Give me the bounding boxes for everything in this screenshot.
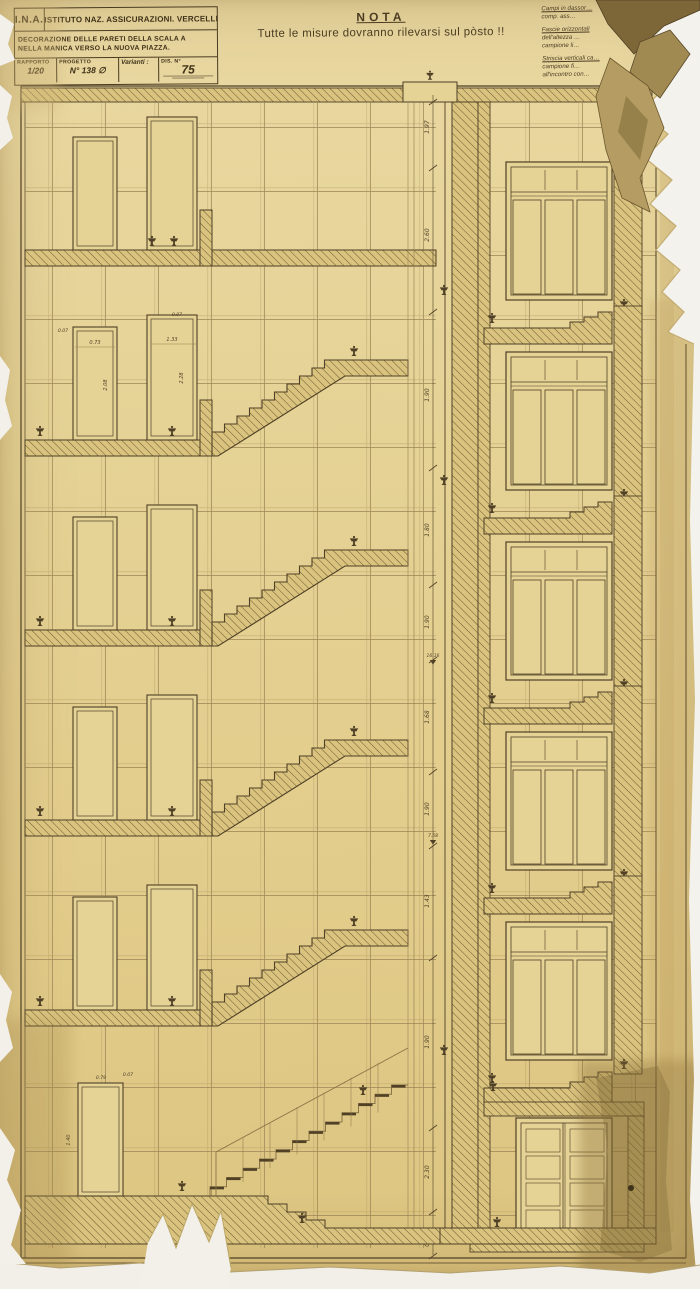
stair-tread <box>227 1178 241 1181</box>
stair-tread <box>276 1150 290 1153</box>
stair-tread <box>392 1085 406 1088</box>
sconce-lamp-icon <box>440 475 448 485</box>
floor-slab <box>25 630 212 646</box>
chain-dimension-label: 2.60 <box>424 228 431 242</box>
stairwell-wall-hatch <box>452 102 478 1232</box>
window-side-hatch <box>614 496 642 694</box>
door-top-hatch <box>484 1102 644 1116</box>
legend-line: dell'altezza … <box>542 34 580 42</box>
door-opening <box>73 517 117 630</box>
double-door <box>516 1118 612 1238</box>
sconce-lamp-icon <box>440 285 448 295</box>
stamp-line <box>172 77 204 78</box>
window-opening <box>506 922 612 1060</box>
window-opening <box>506 352 612 490</box>
window-opening <box>506 542 612 680</box>
stair-tread <box>342 1113 356 1116</box>
legend-line: Campi in dassor… <box>541 4 592 12</box>
legend-line: comp. ass… <box>541 13 576 21</box>
door-opening <box>73 897 117 1010</box>
door-opening <box>73 137 117 250</box>
window-side-hatch <box>614 116 642 314</box>
chain-dimension-label: 2.30 <box>424 1165 431 1179</box>
dimension-label: 2.08 <box>103 379 109 390</box>
variants-cell: Varianti : <box>119 58 159 82</box>
legend-line: Fascie orizzontali <box>542 26 590 34</box>
dimension-label: 2.28 <box>179 372 185 383</box>
floor-slab <box>25 1010 212 1026</box>
sconce-lamp-icon <box>426 71 434 80</box>
top-hatch-band <box>21 88 652 102</box>
ground-slab <box>440 1228 656 1244</box>
chain-dimension-label: 1.90 <box>424 802 431 816</box>
chain-dimension-label: 1.90 <box>424 1035 431 1049</box>
window-opening <box>506 162 612 300</box>
door-opening <box>147 315 197 440</box>
legend-item: Fascie orizzontali dell'altezza … campio… <box>542 24 698 51</box>
door-opening <box>147 885 197 1010</box>
legend-item: Striscia verticali ca… campione fi… all'… <box>542 53 698 80</box>
chain-dimension-label: 1.43 <box>424 894 431 908</box>
left-wall-grid <box>25 102 436 1248</box>
project-cell: PROGETTO N° 138 ∅ <box>57 58 119 82</box>
dimension-label: 1.33 <box>166 337 177 343</box>
floor-slab <box>25 440 212 456</box>
stair-tread <box>210 1187 224 1190</box>
door-opening <box>147 117 197 250</box>
legend-line: all'incontro con… <box>542 71 589 79</box>
stair-tread <box>375 1094 389 1097</box>
stair-tread <box>309 1131 323 1134</box>
window-side-hatch <box>614 876 642 1074</box>
window-opening <box>506 732 612 870</box>
door-opening <box>147 695 197 820</box>
stair-tread <box>243 1168 257 1171</box>
stamp-line <box>163 75 213 76</box>
chain-dimension-label: 1.90 <box>424 615 431 629</box>
slab-parapet <box>200 780 212 836</box>
stair-tread <box>293 1141 307 1144</box>
floor-slab <box>25 250 212 266</box>
window-side-hatch <box>614 686 642 884</box>
legend-line: campione li… <box>542 42 580 50</box>
dimension-label: 0.07 <box>123 1072 133 1078</box>
dimension-label: 0.73 <box>89 340 100 346</box>
note-title: NOTA <box>236 9 526 26</box>
door-side-hatch <box>628 1116 644 1238</box>
window-side-hatch <box>614 306 642 504</box>
stair-tread <box>326 1122 340 1125</box>
dimension-label: 1.40 <box>66 1134 72 1145</box>
agency-abbreviation: I.N.A. <box>15 8 45 30</box>
scale-value: 1/20 <box>17 65 54 75</box>
variants-label: Varianti : <box>121 59 156 66</box>
level-value-label: 7.58 <box>428 833 438 839</box>
agency-name: ISTITUTO NAZ. ASSICURAZIONI. VERCELLI <box>44 14 218 24</box>
staircase-section-drawing: 0.070.070.731.332.082.281.972.601.901.80… <box>0 0 700 1289</box>
legend-line: campione fi… <box>542 63 580 71</box>
door-opening <box>147 505 197 630</box>
dimension-label: 0.79 <box>96 1075 106 1081</box>
dimension-label: 0.07 <box>58 328 68 334</box>
sheet-number-cell: DIS. N° 75 <box>159 57 217 81</box>
slab-parapet <box>200 400 212 456</box>
right-wall-hatch-border <box>478 102 490 1232</box>
stair-tread <box>260 1159 274 1162</box>
floor-slab <box>212 250 436 266</box>
title-block: I.N.A. ISTITUTO NAZ. ASSICURAZIONI. VERC… <box>14 6 219 85</box>
chain-dimension-label: 1.90 <box>424 388 431 402</box>
level-value-label: 16.16 <box>427 653 440 659</box>
pillar-cap <box>403 82 457 102</box>
slab-parapet <box>200 970 212 1026</box>
sheet-number-value: 75 <box>161 64 215 74</box>
dimension-label: 0.07 <box>172 312 182 318</box>
subject-line2: NELLA MANICA VERSO LA NUOVA PIAZZA. <box>18 43 217 54</box>
sconce-lamp-icon <box>440 1045 448 1055</box>
chain-dimension-label: 1.80 <box>424 523 431 537</box>
legend-block: Campi in dassor… comp. ass… Fascie orizz… <box>541 3 698 85</box>
scanned-drawing-sheet: { "title_block": { "agency_abbr": "I.N.A… <box>0 0 700 1289</box>
door-opening <box>78 1083 123 1196</box>
chain-dimension-label: 1.68 <box>424 710 431 724</box>
legend-item: Campi in dassor… comp. ass… <box>541 3 697 22</box>
slab-parapet <box>200 590 212 646</box>
note-block: NOTA Tutte le misure dovranno rilevarsi … <box>236 9 526 41</box>
margin-stain <box>660 102 674 1232</box>
door-opening <box>73 707 117 820</box>
chain-dimension-label: 1.97 <box>424 120 431 134</box>
stair-tread <box>359 1104 373 1107</box>
floor-slab <box>25 820 212 836</box>
legend-line: Striscia verticali ca… <box>542 55 600 63</box>
scale-cell: RAPPORTO 1/20 <box>15 58 57 82</box>
project-value: N° 138 ∅ <box>59 65 116 76</box>
note-text: Tutte le misure dovranno rilevarsi sul p… <box>236 26 526 41</box>
slab-parapet <box>200 210 212 266</box>
